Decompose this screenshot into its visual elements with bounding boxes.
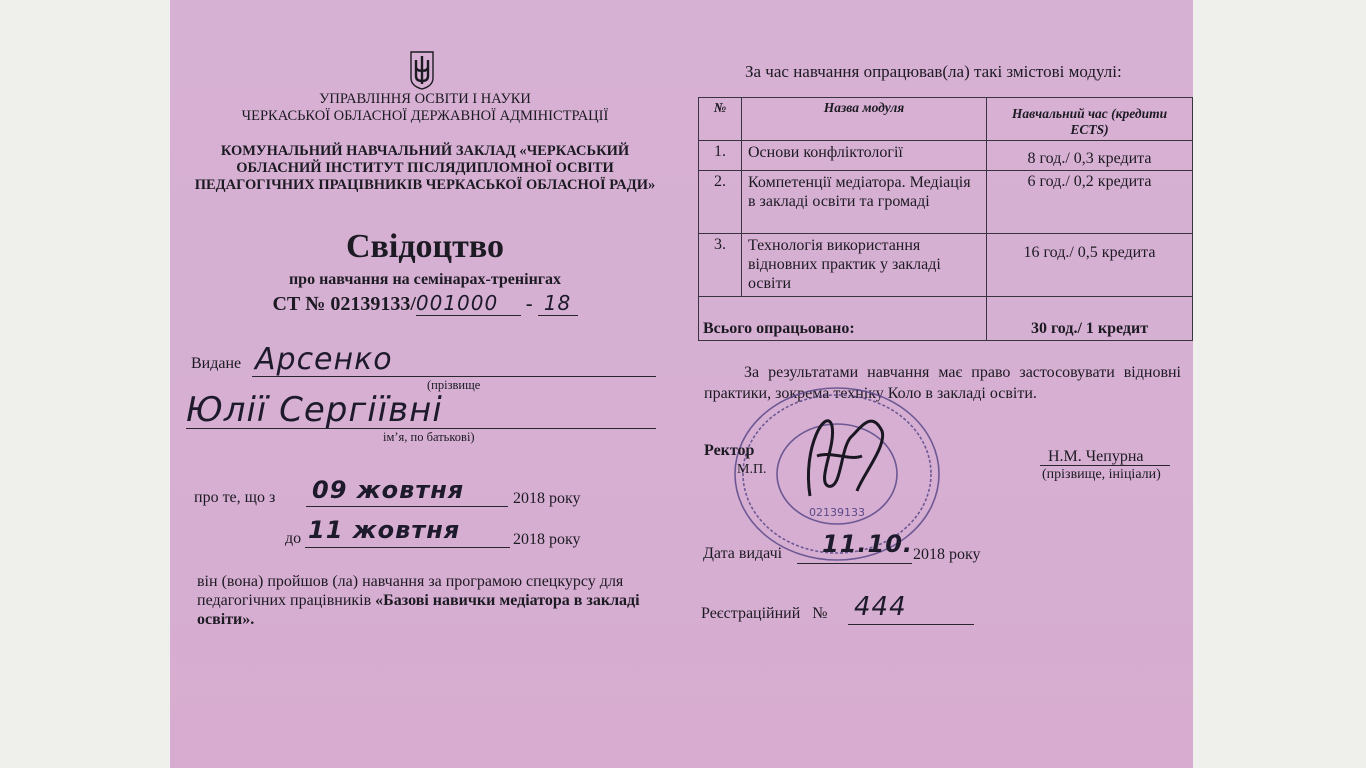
certificate-number-handwritten: 001000: [416, 291, 521, 316]
total-value: 30 год./ 1 кредит: [987, 297, 1193, 341]
document-title: Свідоцтво: [170, 228, 680, 266]
table-row: 1. Основи конфліктології 8 год./ 0,3 кре…: [699, 141, 1193, 171]
period-from-year: 2018 року: [513, 490, 581, 508]
certificate-number-separator: -: [526, 293, 533, 315]
period-to-handwritten: 11 жовтня: [308, 516, 460, 544]
institution-line-1: КОМУНАЛЬНИЙ НАВЧАЛЬНИЙ ЗАКЛАД «ЧЕРКАСЬКИ…: [170, 143, 680, 160]
department-header: УПРАВЛІННЯ ОСВІТИ І НАУКИ ЧЕРКАСЬКОЇ ОБЛ…: [170, 91, 680, 125]
stamp-code: 02139133: [809, 506, 865, 519]
registration-handwritten: 444: [854, 592, 907, 622]
institution-line-2: ОБЛАСНИЙ ІНСТИТУТ ПІСЛЯДИПЛОМНОЇ ОСВІТИ: [170, 160, 680, 177]
issue-date-handwritten: 11.10.: [822, 530, 913, 558]
name-handwritten: Юлії Сергіївні: [186, 390, 443, 430]
registration-line: [848, 624, 974, 625]
certificate-number-prefix: СТ № 02139133/: [272, 293, 415, 315]
issue-date-label: Дата видачі: [703, 545, 782, 563]
module-name: Компетенції медіатора. Медіація в заклад…: [742, 171, 987, 234]
institution-line-3: ПЕДАГОГІЧНИХ ПРАЦІВНИКІВ ЧЕРКАСЬКОЇ ОБЛА…: [170, 177, 680, 194]
registration-label: Реєстраційний №: [701, 605, 828, 623]
period-to-line: [305, 547, 510, 548]
name-line: [186, 428, 656, 429]
module-name: Технологія використання відновних практи…: [742, 234, 987, 297]
modules-table: № Назва модуля Навчальний час (кредити E…: [698, 97, 1193, 341]
surname-handwritten: Арсенко: [255, 342, 393, 377]
department-line-2: ЧЕРКАСЬКОЇ ОБЛАСНОЇ ДЕРЖАВНОЇ АДМІНІСТРА…: [170, 108, 680, 125]
period-from-label: про те, що з: [194, 489, 275, 507]
table-row: 2. Компетенції медіатора. Медіація в зак…: [699, 171, 1193, 234]
rector-name-hint: (прізвище, ініціали): [1042, 467, 1161, 483]
period-from-handwritten: 09 жовтня: [312, 476, 464, 504]
institution-header: КОМУНАЛЬНИЙ НАВЧАЛЬНИЙ ЗАКЛАД «ЧЕРКАСЬКИ…: [170, 143, 680, 194]
seal-label: М.П.: [737, 462, 767, 478]
total-label: Всього опрацьовано:: [699, 297, 987, 341]
module-number: 3.: [699, 234, 742, 297]
surname-line: [252, 376, 656, 377]
document-subtitle: про навчання на семінарах-тренінгах: [170, 271, 680, 289]
issue-date-line: [797, 563, 912, 564]
period-from-line: [306, 506, 508, 507]
module-number: 1.: [699, 141, 742, 171]
header-hours: Навчальний час (кредити ECTS): [987, 98, 1193, 141]
period-to-label: до: [285, 530, 301, 548]
header-number: №: [699, 98, 742, 141]
modules-intro: За час навчання опрацював(ла) такі зміст…: [745, 62, 1122, 82]
certificate-year-handwritten: 18: [538, 291, 578, 316]
total-row: Всього опрацьовано: 30 год./ 1 кредит: [699, 297, 1193, 341]
name-hint: ім’я, по батькові): [383, 430, 475, 445]
module-name: Основи конфліктології: [742, 141, 987, 171]
issue-date-year: 2018 року: [913, 546, 981, 564]
module-hours: 8 год./ 0,3 кредита: [987, 141, 1193, 171]
table-row: 3. Технологія використання відновних пра…: [699, 234, 1193, 297]
module-hours: 6 год./ 0,2 кредита: [987, 171, 1193, 234]
issued-to-label: Видане: [191, 355, 241, 373]
certificate-number: СТ № 02139133/001000 - 18: [170, 291, 680, 316]
ukraine-trident-icon: [408, 50, 436, 90]
department-line-1: УПРАВЛІННЯ ОСВІТИ І НАУКИ: [170, 91, 680, 108]
rector-name: Н.М. Чепурна: [1048, 448, 1144, 466]
header-module-name: Назва модуля: [742, 98, 987, 141]
modules-table-header: № Назва модуля Навчальний час (кредити E…: [699, 98, 1193, 141]
module-hours: 16 год./ 0,5 кредита: [987, 234, 1193, 297]
module-number: 2.: [699, 171, 742, 234]
period-to-year: 2018 року: [513, 531, 581, 549]
rector-name-line: [1040, 465, 1170, 466]
program-text: він (вона) пройшов (ла) навчання за прог…: [197, 572, 667, 629]
rector-label: Ректор: [704, 442, 754, 460]
